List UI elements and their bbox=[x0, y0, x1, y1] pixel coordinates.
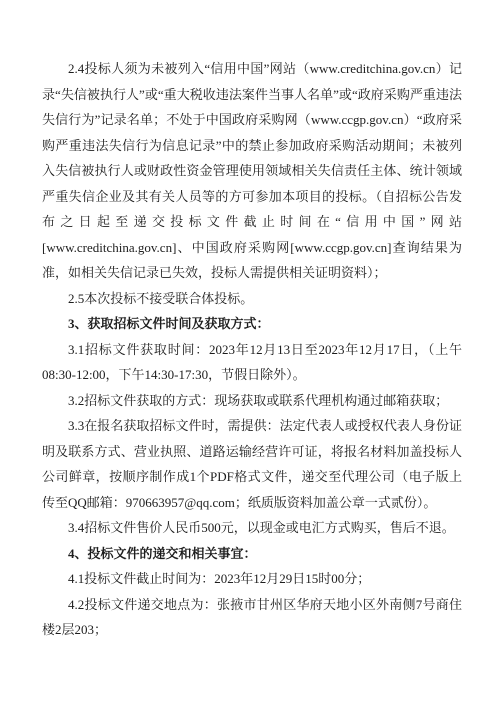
paragraph-clause-4-2: 4.2投标文件递交地点为：张掖市甘州区华府天地小区外南侧7号商住楼2层203； bbox=[42, 592, 462, 643]
paragraph-clause-3-1: 3.1招标文件获取时间：2023年12月13日至2023年12月17日，（上午0… bbox=[42, 337, 462, 388]
paragraph-clause-3-2: 3.2招标文件获取的方式：现场获取或联系代理机构通过邮箱获取； bbox=[42, 388, 462, 414]
section-heading-3: 3、获取招标文件时间及获取方式： bbox=[42, 311, 462, 337]
paragraph-clause-2-5: 2.5本次投标不接受联合体投标。 bbox=[42, 286, 462, 312]
document-body: 2.4投标人须为未被列入“信用中国”网站（www.creditchina.gov… bbox=[42, 56, 462, 643]
section-heading-4: 4、投标文件的递交和相关事宜： bbox=[42, 541, 462, 567]
paragraph-clause-4-1: 4.1投标文件截止时间为：2023年12月29日15时00分； bbox=[42, 566, 462, 592]
paragraph-clause-2-4: 2.4投标人须为未被列入“信用中国”网站（www.creditchina.gov… bbox=[42, 56, 462, 286]
document-page: 2.4投标人须为未被列入“信用中国”网站（www.creditchina.gov… bbox=[0, 0, 500, 706]
paragraph-clause-3-3: 3.3在报名获取招标文件时，需提供：法定代表人或授权代表人身份证明及联系方式、营… bbox=[42, 413, 462, 515]
paragraph-clause-3-4: 3.4招标文件售价人民币500元，以现金或电汇方式购买，售后不退。 bbox=[42, 515, 462, 541]
